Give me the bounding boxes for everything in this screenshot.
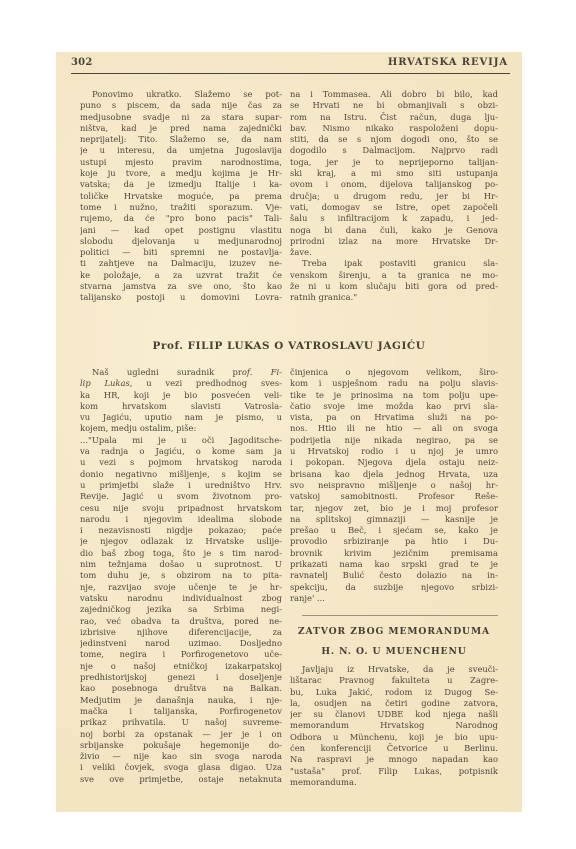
text-line: ratnih granica." [290,292,498,303]
text-line: tike te je prinosima na tom polju upe- [290,390,498,401]
text-line: prikazati nama kao srpski grad te je [290,559,498,570]
text-line: jedinstveni narod uzimao. Dosljedno [80,638,282,649]
text-line: toga, jer je to neprijeporno talijan- [290,157,498,168]
text-line: "ustaša" prof. Filip Lukas, potpisnik [290,766,498,777]
header-rule [71,73,510,74]
text-line: kom hrvatskom slavisti Vatrosla- [80,401,282,412]
text-line: koje ju tvore, a medju kojima je Hr- [80,168,282,179]
text-line: srbijanske pokušaje hegemonije do- [80,740,282,751]
text-line: u Hrvatskoj rodio i u njoj je umro [290,446,498,457]
text-line: Naš ugledni suradnik prof. Fi- [80,367,282,378]
text-line: politici — biti spremni ne postavlja- [80,247,282,258]
text-line: živio — nije kao sin svoga naroda [80,751,282,762]
text-line: kom i uspješnom radu na polju slavis- [290,378,498,389]
text-line: lištarac Pravnog fakulteta u Zagre- [290,675,498,686]
text-line: Revije. Jagić u svom životnom pro- [80,491,282,502]
text-line: bav. Nismo nikako raspoloženi dopu- [290,123,498,134]
text-line: prikaz prihvatila. U našoj suvreme- [80,717,282,728]
text-line: rao, već obadva ta društva, pored ne- [80,616,282,627]
text-line: narodu i njegovim idealima slobode [80,514,282,525]
text-line: vati, domogav se Istre, opet započeli [290,202,498,213]
journal-title: HRVATSKA REVIJA [388,57,508,68]
text-line: zajedničkog jezika sa Srbima negi- [80,604,282,615]
text-line: nim težnjama došao u suprotnost. U [80,559,282,570]
text-line: prirodni izlaz na more Hrvatske Dr- [290,236,498,247]
running-header: 302 HRVATSKA REVIJA [71,57,508,71]
text-line: stvarna jamstva za sve ono, što kao [80,281,282,292]
text-line: čatio svoje ime možda kao prvi sla- [290,401,498,412]
text-line: memoranduma. [290,777,498,788]
text-line: brisana kao djela jednog Hrvata, uza [290,469,498,480]
text-line: jer su članovi UDBE kod njega našli [290,709,498,720]
text-line: Odbora u Münchenu, koji je bio upu- [290,732,498,743]
text-line: ćen konferenciji Četvorice u Berlinu. [290,743,498,754]
text-line: ravnatelj Bulić često dolazio na in- [290,570,498,581]
text-line: talijansko postoji u domovini Lovra- [80,292,282,303]
top-right-column: na i Tommasea. Ali dobro bi bilo, kadse … [290,89,498,304]
text-line: dio baš zbog toga, što je s tim narod- [80,548,282,559]
text-line: la, osudjen na četiri godine zatvora, [290,698,498,709]
text-line: lip Lukas, u vezi predhodnog sves- [80,378,282,389]
text-line: vatskoj samobitnosti. Profesor Reše- [290,491,498,502]
text-line: tom duhu je, s obzirom na to pita- [80,570,282,581]
text-line: ski kraj, a mi smo siti ustupanja [290,168,498,179]
text-line: i pokopan. Njegova djela ostaju neiz- [290,457,498,468]
text-line: stiti, da se s njom dogodi ono, što se [290,134,498,145]
top-left-column: Ponovimo ukratko. Slažemo se pot-puno s … [80,89,282,304]
text-line: činjenica o njegovom velikom, širo- [290,367,498,378]
article-right-column: činjenica o njegovom velikom, širo-kom i… [290,367,498,604]
text-line: se Hrvati ne bi obmanjivali s obzi- [290,100,498,111]
news-title-line-2: H. N. O. U MUENCHENU [290,646,498,657]
text-line: Na raspravi je mnogo napadan kao [290,754,498,765]
text-line: neprijatelj: Tito. Slažemo se, da nam [80,134,282,145]
text-line: nje o našoj etničkoj izakarpatskoj [80,661,282,672]
text-line: rom na Istru. Čist račun, duga lju- [290,112,498,123]
text-line: ovom i onom, dijelova talijanskog po- [290,179,498,190]
text-line: ustupi mjesto pravim narodnostima, [80,157,282,168]
text-line: slobodu djelovanja u medjunarodnoj [80,236,282,247]
text-line: Ponovimo ukratko. Slažemo se pot- [80,89,282,100]
text-line: rujemo, da će "pro bono pacis" Tali- [80,213,282,224]
text-line: kao posebnoga društva na Balkan. [80,683,282,694]
text-line: na i Tommasea. Ali dobro bi bilo, kad [290,89,498,100]
text-line: vatska; da je izmedju Italije i ka- [80,179,282,190]
text-line: Javljaju iz Hrvatske, da je sveuči- [290,664,498,675]
text-line: vu Jagiću, uputio nam je pismo, u [80,412,282,423]
text-line: ti zahtjeve na Dalmaciju, izuzev ne- [80,258,282,269]
text-line: predhistorijskoj genezi i doseljenje [80,672,282,683]
text-line: ranje' ... [290,593,498,604]
text-line: dogodilo s Dalmacijom. Najprvo radi [290,145,498,156]
text-line: tome, negira i Porfirogenetovo uče- [80,649,282,660]
text-line: toličke Hrvatske moguće, pa prema [80,191,282,202]
text-line: sve ove primjetbe, ostaje netaknuta [80,774,282,785]
article-left-column: Naš ugledni suradnik prof. Fi-lip Lukas,… [80,367,282,785]
text-line: Treba ipak postaviti granicu sla- [290,258,498,269]
text-line: nos. Htio ili ne htio — ali on svoga [290,423,498,434]
text-line: memorandum Hrvatskog Narodnog [290,720,498,731]
text-line: Medjutim je današnja nauka, i nje- [80,695,282,706]
news-body: Javljaju iz Hrvatske, da je sveuči-lišta… [290,664,498,788]
text-line: brovnik krivim jezičnim premisama [290,548,498,559]
text-line: vista, pa on Hrvatima služi na po- [290,412,498,423]
text-line: izbrisive njihove diferencijacije, za [80,627,282,638]
text-line: mačka i talijanska, Porfirogenetov [80,706,282,717]
page-number: 302 [71,57,92,68]
section-separator [302,615,498,616]
text-line: ke položaje, a za uzvrat tražit će [80,270,282,281]
text-line: u primjetbi slaže i uredništvo Hrv. [80,480,282,491]
text-line: i veliki čovjek, svoga glasa digao. Uza [80,762,282,773]
magazine-page: 302 HRVATSKA REVIJA Ponovimo ukratko. Sl… [56,52,522,812]
text-line: ka HR, koji je bio posvećen veli- [80,390,282,401]
news-title-line-1: ZATVOR ZBOG MEMORANDUMA [290,626,498,637]
text-line: u vezi s pojmom hrvatskog naroda [80,457,282,468]
text-line: na splitskoj gimnaziji — kasnije je [290,514,498,525]
text-line: cesu nije svoju pripadnost hrvatskom [80,503,282,514]
text-line: puno s piscem, da sada nije čas za [80,100,282,111]
text-line: bu, Luka Jakić, rodom iz Dugog Se- [290,687,498,698]
text-line: že ni u kom slučaju biti gora od pred- [290,281,498,292]
text-line: kojem, medju ostalim, piše: [80,423,282,434]
text-line: venskom širenju, a ta granica ne mo- [290,270,498,281]
text-line: donio negativno mišljenje, s kojim se [80,469,282,480]
text-line: jani — kad opet postignu vlastitu [80,225,282,236]
text-line: podrijetla nije nikada negirao, pa se [290,435,498,446]
text-line: vatsku narodnu individualnost zbog [80,593,282,604]
text-line: dručja; u drugom redu, jer bi Hr- [290,191,498,202]
text-line: tome i nužno, tražiti sporazum. Vje- [80,202,282,213]
article-title: Prof. FILIP LUKAS O VATROSLAVU JAGIĆU [56,340,522,352]
text-line: svo neispravno mišljenje o našoj hr- [290,480,498,491]
text-line: je njegov odlazak iz Hrvatske uslije- [80,536,282,547]
text-line: je u interesu, da umjetna Jugoslavija [80,145,282,156]
text-line: medjusobne svadje ni za stara supar- [80,112,282,123]
text-line: spekciju, da suzbije njegovo srbizi- [290,582,498,593]
text-line: ..."Upala mi je u oči Jagoditsche- [80,435,282,446]
text-line: noj borbi za opstanak — jer je i on [80,729,282,740]
text-line: ništva, kad je pred nama zajednički [80,123,282,134]
text-line: noga bi dana čuli, kako je Genova [290,225,498,236]
text-line: žave. [290,247,498,258]
text-line: provodio srbiziranje pa htio i Du- [290,536,498,547]
text-line: nje, razvijao svoje učenje te je hr- [80,582,282,593]
text-line: i nezavisnosti nigdje pokazao; paće [80,525,282,536]
text-line: šalu s infiltracijom k zapadu, i jed- [290,213,498,224]
text-line: tar, njegov zet, bio je i moj profesor [290,503,498,514]
text-line: prešao u Beč, i sjećam se, kako je [290,525,498,536]
text-line: va radnja o Jagiću, o kome sam ja [80,446,282,457]
